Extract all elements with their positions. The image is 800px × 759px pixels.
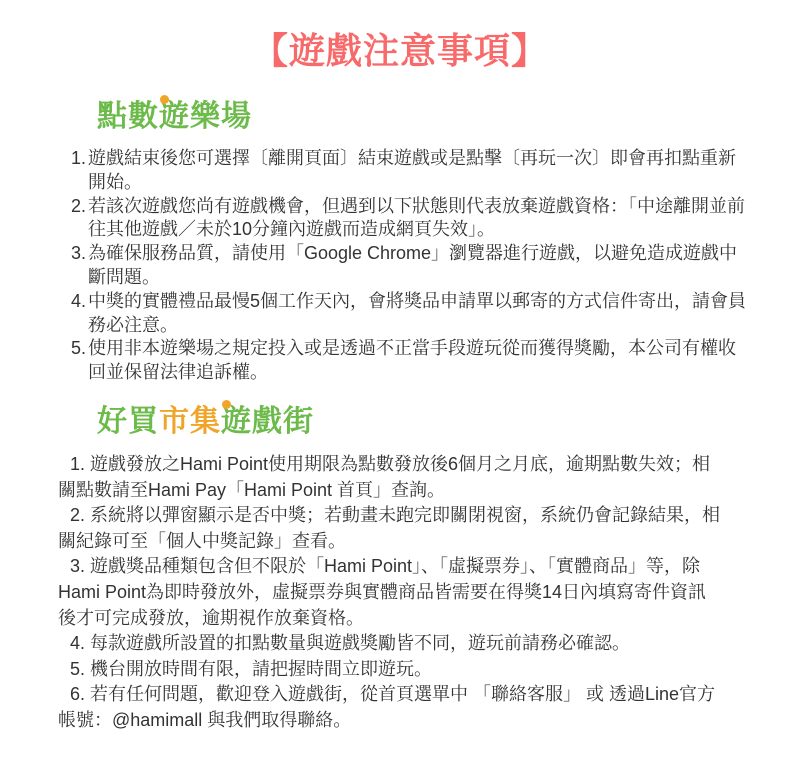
item-text: 若該次遊戲您尚有遊戲機會，但遇到以下狀態則代表放棄遊戲資格：「中途離開並前 往其…	[88, 196, 745, 240]
item-text: 中獎的實體禮品最慢5個工作天內，會將獎品申請單以郵寄的方式信件寄出，請會員 務必…	[88, 291, 746, 335]
item-text: 遊戲獎品種類包含但不限於「Hami Point」、「虛擬票券」、「實體商品」等，…	[58, 556, 706, 627]
orange-dot-accent-icon	[222, 400, 231, 409]
item-text: 每款遊戲所設置的扣點數量與遊戲獎勵皆不同，遊玩前請務必確認。	[90, 633, 630, 653]
list-item: 3.為確保服務品質，請使用「Google Chrome」瀏覽器進行遊戲，以避免造…	[71, 242, 775, 290]
section-points-playground: 點數遊樂場 1.遊戲結束後您可選擇〔離開頁面〕結束遊戲或是點擊〔再玩一次〕即會再…	[0, 100, 800, 385]
section-haobuy-market-game-street: 好買市集遊戲街 1. 遊戲發放之Hami Point使用期限為點數發放後6個月之…	[0, 405, 800, 734]
heading-segment: 遊	[221, 405, 252, 438]
item-number: 1.	[71, 147, 86, 171]
item-number: 2.	[71, 195, 86, 219]
item-text: 機台開放時間有限，請把握時間立即遊玩。	[90, 659, 432, 679]
list-item: 5.使用非本遊樂場之規定投入或是透過不正當手段遊玩從而獲得獎勵，本公司有權收 回…	[71, 337, 775, 385]
notice-document: 【遊戲注意事項】 點數遊樂場 1.遊戲結束後您可選擇〔離開頁面〕結束遊戲或是點擊…	[0, 30, 800, 734]
item-number: 3.	[71, 242, 86, 266]
heading-segment: 戲街	[252, 405, 314, 438]
notice-page: { "page": { "title": "【遊戲注意事項】", "colors…	[0, 0, 800, 759]
heading-segment: 市集	[159, 405, 221, 438]
notice-list: 1.遊戲結束後您可選擇〔離開頁面〕結束遊戲或是點擊〔再玩一次〕即會再扣點重新 開…	[71, 147, 775, 385]
section-heading: 好買市集遊戲街	[97, 405, 770, 439]
list-item: 4. 每款遊戲所設置的扣點數量與遊戲獎勵皆不同，遊玩前請務必確認。	[58, 631, 780, 657]
item-text: 遊戲發放之Hami Point使用期限為點數發放後6個月之月底，逾期點數失效；相…	[58, 454, 710, 500]
notice-list: 1. 遊戲發放之Hami Point使用期限為點數發放後6個月之月底，逾期點數失…	[58, 452, 780, 734]
item-text: 為確保服務品質，請使用「Google Chrome」瀏覽器進行遊戲，以避免造成遊…	[88, 243, 737, 287]
item-number: 5.	[71, 337, 86, 361]
item-number: 6.	[70, 684, 90, 704]
item-number: 4.	[70, 633, 90, 653]
page-title: 【遊戲注意事項】	[0, 30, 800, 72]
heading-segment: 樂場	[190, 100, 252, 133]
heading-segment: 好買	[97, 405, 159, 438]
heading-segment: 遊	[159, 100, 190, 133]
item-text: 若有任何問題，歡迎登入遊戲街，從首頁選單中 「聯絡客服」 或 透過Line官方 …	[58, 684, 715, 730]
item-text: 系統將以彈窗顯示是否中獎；若動畫未跑完即關閉視窗，系統仍會記錄結果，相 關紀錄可…	[58, 505, 720, 551]
list-item: 5. 機台開放時間有限，請把握時間立即遊玩。	[58, 657, 780, 683]
list-item: 2.若該次遊戲您尚有遊戲機會，但遇到以下狀態則代表放棄遊戲資格：「中途離開並前 …	[71, 195, 775, 243]
list-item: 1. 遊戲發放之Hami Point使用期限為點數發放後6個月之月底，逾期點數失…	[58, 452, 780, 503]
item-number: 5.	[70, 659, 90, 679]
list-item: 4.中獎的實體禮品最慢5個工作天內，會將獎品申請單以郵寄的方式信件寄出，請會員 …	[71, 290, 775, 338]
item-number: 4.	[71, 290, 86, 314]
list-item: 2. 系統將以彈窗顯示是否中獎；若動畫未跑完即關閉視窗，系統仍會記錄結果，相 關…	[58, 503, 780, 554]
list-item: 6. 若有任何問題，歡迎登入遊戲街，從首頁選單中 「聯絡客服」 或 透過Line…	[58, 682, 780, 733]
item-number: 1.	[70, 454, 90, 474]
heading-segment: 點數	[97, 100, 159, 133]
item-text: 使用非本遊樂場之規定投入或是透過不正當手段遊玩從而獲得獎勵，本公司有權收 回並保…	[88, 338, 736, 382]
list-item: 3. 遊戲獎品種類包含但不限於「Hami Point」、「虛擬票券」、「實體商品…	[58, 554, 780, 631]
item-number: 2.	[70, 505, 90, 525]
orange-dot-accent-icon	[160, 95, 169, 104]
list-item: 1.遊戲結束後您可選擇〔離開頁面〕結束遊戲或是點擊〔再玩一次〕即會再扣點重新 開…	[71, 147, 775, 195]
item-number: 3.	[70, 556, 90, 576]
section-heading: 點數遊樂場	[97, 100, 770, 134]
item-text: 遊戲結束後您可選擇〔離開頁面〕結束遊戲或是點擊〔再玩一次〕即會再扣點重新 開始。	[88, 148, 736, 192]
